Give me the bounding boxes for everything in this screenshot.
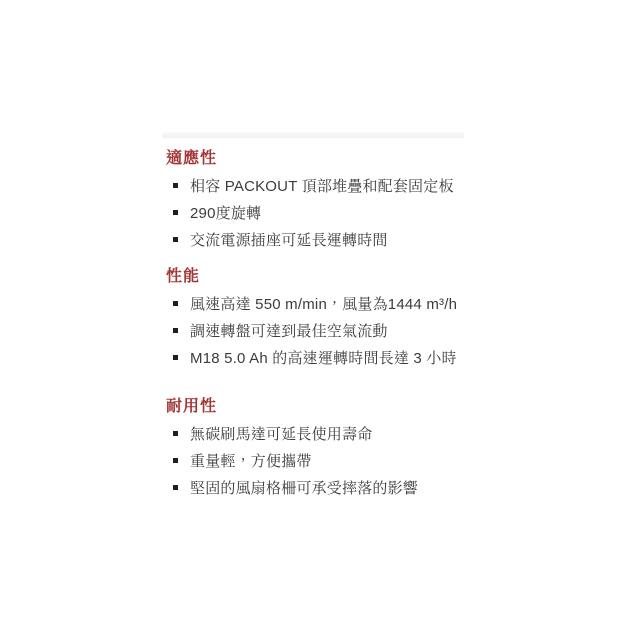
list-item: 重量輕，方便攜帶 [166,447,486,474]
list-item: 無碳刷馬達可延長使用壽命 [166,420,486,447]
list-item-text: 調速轉盤可達到最佳空氣流動 [190,320,388,341]
list-item: 風速高達 550 m/min，風量為1444 m³/h [166,290,486,317]
feature-section-applicability: 適應性 相容 PACKOUT 頂部堆疊和配套固定板 290度旋轉 交流電源插座可… [166,149,486,253]
square-bullet-icon [173,328,178,333]
feature-section-durability: 耐用性 無碳刷馬達可延長使用壽命 重量輕，方便攜帶 堅固的風扇格柵可承受摔落的影… [166,397,486,501]
square-bullet-icon [173,458,178,463]
feature-list: 風速高達 550 m/min，風量為1444 m³/h 調速轉盤可達到最佳空氣流… [166,290,486,371]
square-bullet-icon [173,183,178,188]
list-item: 交流電源插座可延長運轉時間 [166,226,486,253]
feature-section-performance: 性能 風速高達 550 m/min，風量為1444 m³/h 調速轉盤可達到最佳… [166,267,486,371]
list-item-text: 重量輕，方便攜帶 [190,450,312,471]
list-item: 調速轉盤可達到最佳空氣流動 [166,317,486,344]
list-item-text: 堅固的風扇格柵可承受摔落的影響 [190,477,418,498]
list-item-text: 相容 PACKOUT 頂部堆疊和配套固定板 [190,175,454,196]
list-item: M18 5.0 Ah 的高速運轉時間長達 3 小時 [166,344,486,371]
list-item: 堅固的風扇格柵可承受摔落的影響 [166,474,486,501]
product-feature-content: 適應性 相容 PACKOUT 頂部堆疊和配套固定板 290度旋轉 交流電源插座可… [166,145,486,501]
list-item-text: 無碳刷馬達可延長使用壽命 [190,423,372,444]
square-bullet-icon [173,301,178,306]
list-item-text: 風速高達 550 m/min，風量為1444 m³/h [190,293,457,314]
square-bullet-icon [173,485,178,490]
feature-list: 無碳刷馬達可延長使用壽命 重量輕，方便攜帶 堅固的風扇格柵可承受摔落的影響 [166,420,486,501]
square-bullet-icon [173,431,178,436]
product-description-page: 適應性 相容 PACKOUT 頂部堆疊和配套固定板 290度旋轉 交流電源插座可… [0,0,640,640]
list-item-text: 交流電源插座可延長運轉時間 [190,229,388,250]
list-item: 相容 PACKOUT 頂部堆疊和配套固定板 [166,172,486,199]
list-item-text: M18 5.0 Ah 的高速運轉時間長達 3 小時 [190,347,457,368]
list-item: 290度旋轉 [166,199,486,226]
square-bullet-icon [173,237,178,242]
section-heading: 性能 [166,267,486,286]
list-item-text: 290度旋轉 [190,202,261,223]
square-bullet-icon [173,210,178,215]
section-heading: 耐用性 [166,397,486,416]
section-heading: 適應性 [166,149,486,168]
square-bullet-icon [173,355,178,360]
section-divider [162,132,464,138]
feature-list: 相容 PACKOUT 頂部堆疊和配套固定板 290度旋轉 交流電源插座可延長運轉… [166,172,486,253]
